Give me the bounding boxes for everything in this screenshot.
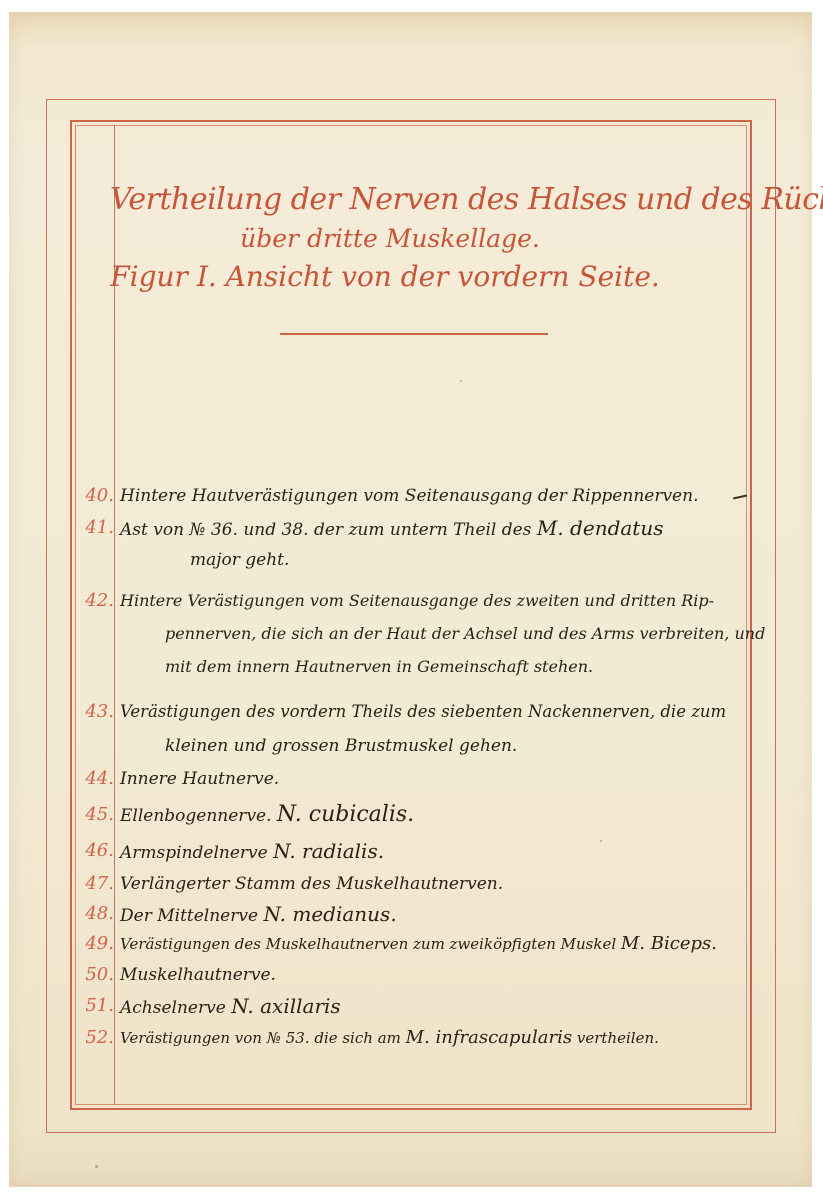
entry-text: Armspindelnerve N. radialis. (120, 836, 745, 868)
entry-latin-term: M. dendatus (537, 516, 664, 540)
entry-text-line: major geht. (190, 545, 289, 575)
entry-text-line: kleinen und grossen Brustmuskel gehen. (165, 731, 517, 761)
entry-number: 52. (82, 1023, 114, 1053)
entry-text-line: pennerven, die sich an der Haut der Achs… (165, 619, 765, 649)
title-line-2: über dritte Muskellage. (30, 222, 750, 256)
title-line-1: Vertheilung der Nerven des Halses und de… (110, 178, 750, 222)
entry-text: Verästigungen von № 53. die sich am M. i… (120, 1023, 745, 1053)
entry-text-line: Verästigungen von № 53. die sich am (120, 1029, 401, 1047)
entry-number: 49. (82, 929, 114, 959)
entry-text: Hintere Hautverästigungen vom Seitenausg… (120, 481, 745, 511)
entry-number: 45. (82, 800, 114, 830)
entry-text-line: Armspindelnerve (120, 843, 268, 863)
entry-text: Verästigungen des vordern Theils des sie… (120, 697, 745, 727)
entry-text: Verlängerter Stamm des Muskelhautnerven. (120, 869, 745, 899)
entry-number: 43. (82, 697, 114, 727)
entry-text: Hintere Verästigungen vom Seitenausgange… (120, 586, 745, 616)
entry-number: 44. (82, 764, 114, 794)
entry-latin-term: M. infrascapularis (406, 1027, 572, 1048)
entry-text-line: Ellenbogennerve. (120, 806, 272, 826)
entry-number: 46. (82, 836, 114, 866)
entry-text: Innere Hautnerve. (120, 764, 745, 794)
page-title: Vertheilung der Nerven des Halses und de… (110, 178, 750, 298)
entry-number: 48. (82, 899, 114, 929)
entry-number: 40. (82, 481, 114, 511)
entry-latin-term: N. radialis. (273, 839, 384, 863)
entry-number: 42. (82, 586, 114, 616)
entry-text: Achselnerve N. axillaris (120, 991, 745, 1023)
entry-latin-term: N. axillaris (231, 994, 340, 1018)
entry-text-line: Ast von № 36. und 38. der zum untern The… (120, 520, 531, 540)
paper-speck (600, 840, 602, 842)
entry-text: Ast von № 36. und 38. der zum untern The… (120, 513, 745, 545)
entry-number: 47. (82, 869, 114, 899)
entry-text: Der Mittelnerve N. medianus. (120, 899, 745, 931)
entry-text-line: Verästigungen des Muskelhautnerven zum z… (120, 935, 616, 953)
paper-speck (460, 380, 462, 382)
entry-text: Ellenbogennerve. N. cubicalis. (120, 800, 745, 831)
entry-number: 41. (82, 513, 114, 543)
entry-latin-term: N. cubicalis. (277, 802, 414, 827)
title-underline (280, 333, 548, 335)
entry-number: 51. (82, 991, 114, 1021)
paper-speck (95, 1165, 98, 1168)
entry-text-line: vertheilen. (577, 1029, 659, 1047)
entry-latin-term: N. medianus. (263, 902, 396, 926)
entry-text-line: Achselnerve (120, 998, 226, 1018)
entry-latin-term: M. Biceps. (621, 933, 717, 954)
entry-text-line: Der Mittelnerve (120, 906, 258, 926)
entry-number: 50. (82, 960, 114, 990)
title-line-3: Figur I. Ansicht von der vordern Seite. (20, 256, 750, 298)
entry-text: Muskelhautnerve. (120, 960, 745, 990)
entry-text-line: mit dem innern Hautnerven in Gemeinschaf… (165, 652, 593, 682)
entry-text: Verästigungen des Muskelhautnerven zum z… (120, 929, 745, 959)
